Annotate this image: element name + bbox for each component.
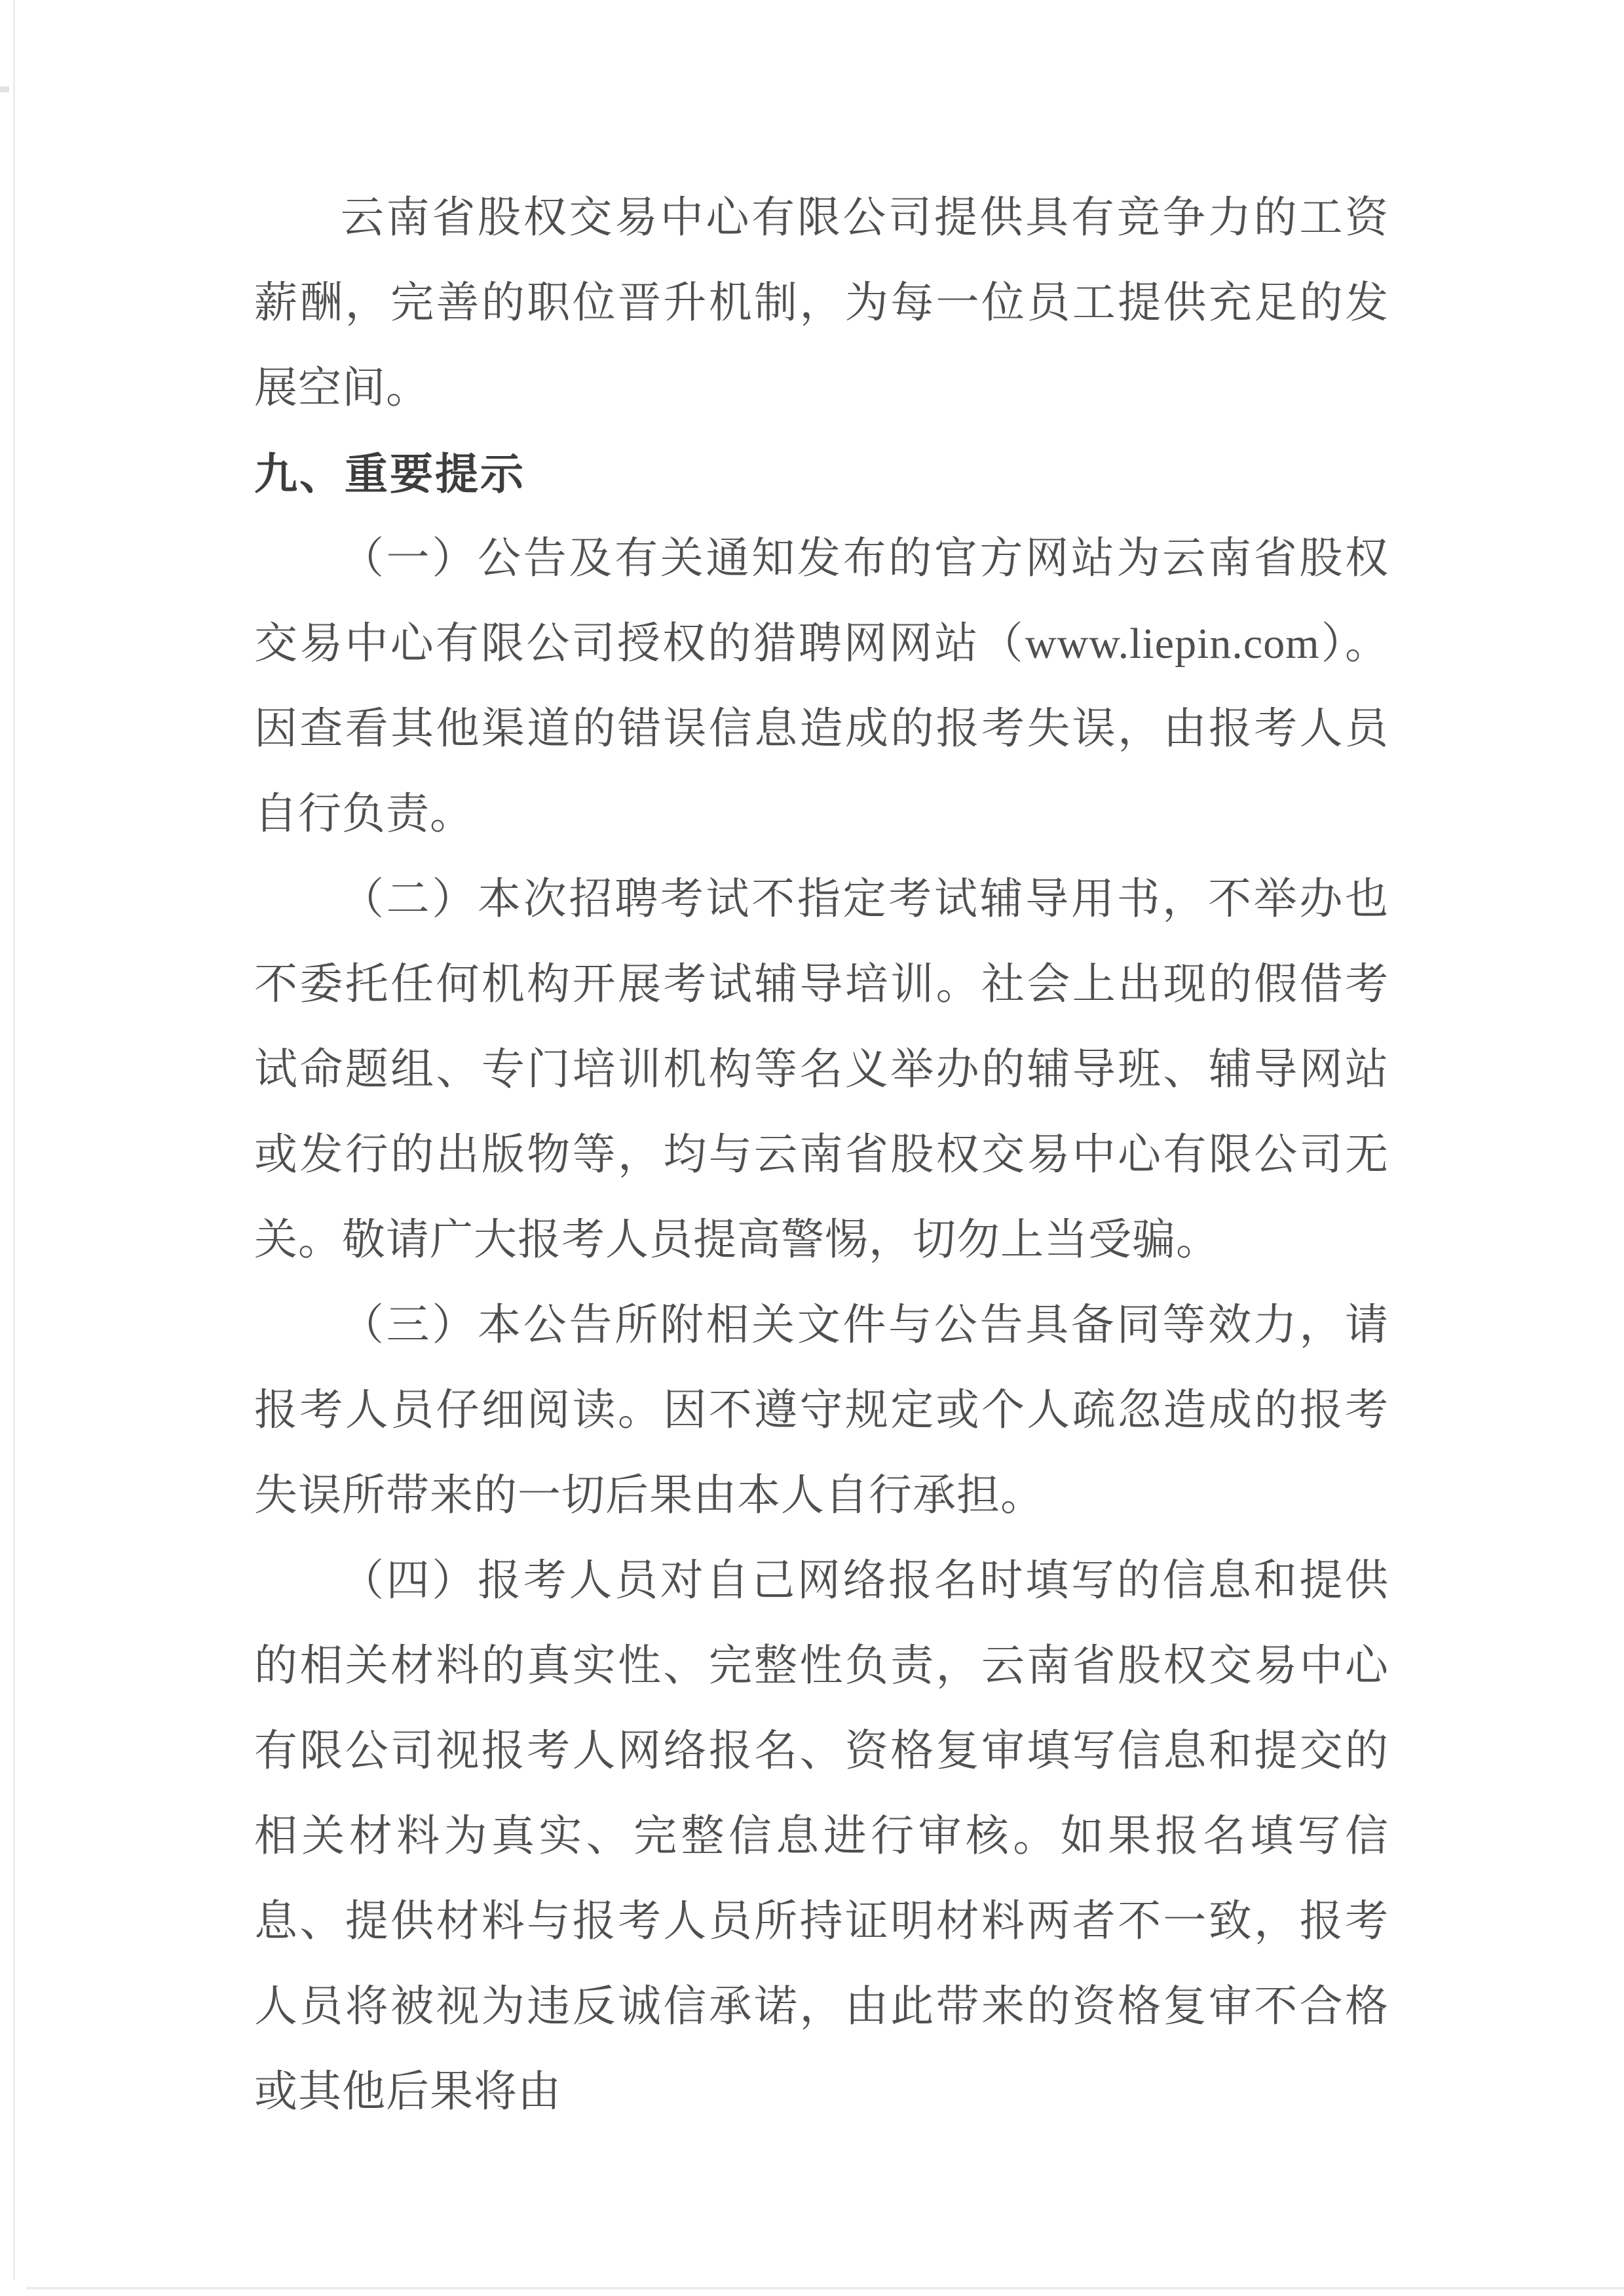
note-3-paragraph: （三）本公告所附相关文件与公告具备同等效力，请报考人员仔细阅读。因不遵守规定或个… bbox=[254, 1283, 1389, 1539]
salary-paragraph: 云南省股权交易中心有限公司提供具有竞争力的工资薪酬，完善的职位晋升机制，为每一位… bbox=[254, 176, 1389, 431]
document-body: 云南省股权交易中心有限公司提供具有竞争力的工资薪酬，完善的职位晋升机制，为每一位… bbox=[254, 176, 1389, 2135]
important-notes-heading: 九、重要提示 bbox=[254, 431, 1389, 516]
note-2-paragraph: （二）本次招聘考试不指定考试辅导用书，不举办也不委托任何机构开展考试辅导培训。社… bbox=[254, 857, 1389, 1283]
note-4-paragraph: （四）报考人员对自己网络报名时填写的信息和提供的相关材料的真实性、完整性负责，云… bbox=[254, 1539, 1389, 2135]
scan-edge-left-tick bbox=[0, 86, 9, 92]
scan-edge-left-line bbox=[13, 0, 15, 2280]
scan-edge-bottom-line bbox=[26, 2287, 1624, 2289]
note-1-paragraph: （一）公告及有关通知发布的官方网站为云南省股权交易中心有限公司授权的猎聘网网站（… bbox=[254, 516, 1389, 857]
document-page: 云南省股权交易中心有限公司提供具有竞争力的工资薪酬，完善的职位晋升机制，为每一位… bbox=[0, 0, 1624, 2296]
